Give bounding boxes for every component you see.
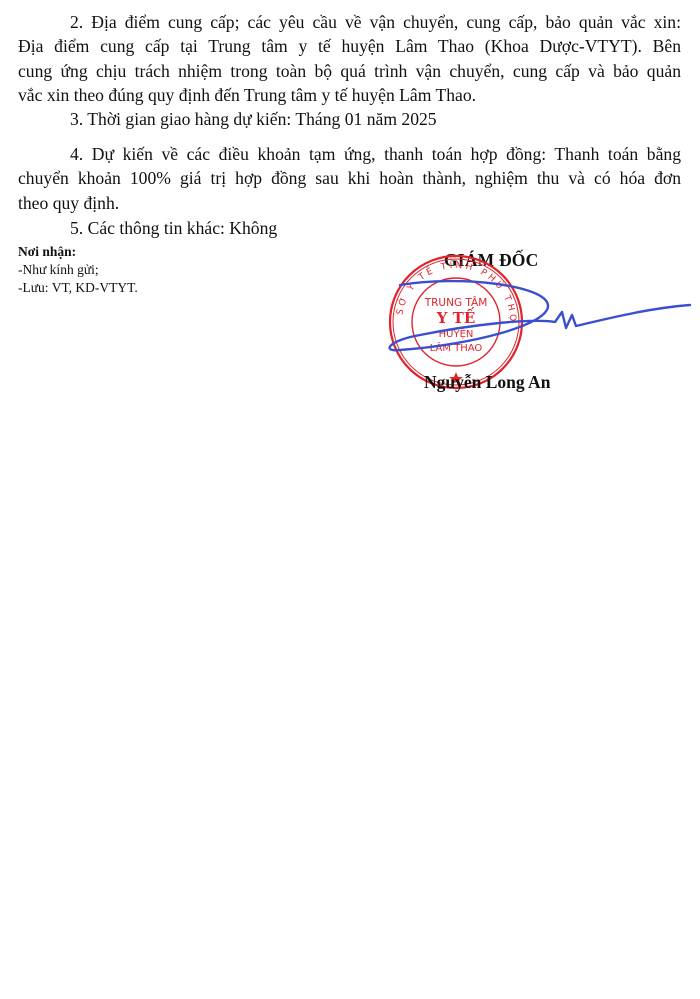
stamp-line: TRUNG TÂM — [424, 296, 488, 309]
text-line: theo quy định. — [18, 191, 681, 215]
official-stamp-icon: SỞ Y TẾ TỈNH PHÚ THỌ TRUNG TÂM Y TẾ HUYỆ… — [386, 252, 526, 392]
text-line: vắc xin theo đúng quy định đến Trung tâm… — [18, 83, 681, 107]
text-line: 4. Dự kiến về các điều khoản tạm ứng, th… — [18, 142, 681, 166]
text-line: cung ứng chịu trách nhiệm trong toàn bộ … — [18, 59, 681, 83]
stamp-line: LÂM THAO — [430, 341, 483, 354]
stamp-line: Y TẾ — [436, 307, 476, 327]
signer-name: Nguyễn Long An — [424, 372, 550, 393]
text-line: chuyển khoản 100% giá trị hợp đồng sau k… — [18, 166, 681, 190]
recipients-block: Nơi nhận: -Như kính gửi; -Lưu: VT, KD-VT… — [18, 243, 138, 297]
text-line: Địa điểm cung cấp tại Trung tâm y tế huy… — [18, 34, 681, 58]
paragraph-item-2: 2. Địa điểm cung cấp; các yêu cầu về vận… — [18, 10, 681, 107]
text-line: 2. Địa điểm cung cấp; các yêu cầu về vận… — [18, 10, 681, 34]
recipient-item: -Như kính gửi; — [18, 261, 138, 279]
text-line: 5. Các thông tin khác: Không — [18, 216, 681, 240]
stamp-line: HUYỆN — [439, 327, 474, 340]
paragraph-item-3: 3. Thời gian giao hàng dự kiến: Tháng 01… — [18, 107, 681, 131]
paragraph-item-4: 4. Dự kiến về các điều khoản tạm ứng, th… — [18, 142, 681, 215]
paragraph-item-5: 5. Các thông tin khác: Không — [18, 216, 681, 240]
text-line: 3. Thời gian giao hàng dự kiến: Tháng 01… — [18, 107, 681, 131]
recipients-heading: Nơi nhận: — [18, 243, 138, 261]
recipient-item: -Lưu: VT, KD-VTYT. — [18, 279, 138, 297]
